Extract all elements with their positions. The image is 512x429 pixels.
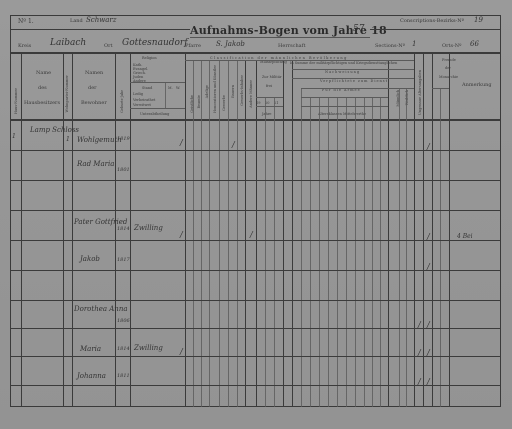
col-name-2: des <box>38 85 47 91</box>
col-divider <box>388 60 389 407</box>
land-label: Land <box>70 18 83 24</box>
tick-mark: / <box>427 232 430 241</box>
col-namen-1: Namen <box>85 70 103 76</box>
stand-row: Verwitwet <box>133 103 151 107</box>
col-thin <box>328 97 329 407</box>
conscription-value: 19 <box>474 16 483 24</box>
sections-label: Sections-Nº <box>375 43 405 49</box>
sub-line <box>301 106 388 107</box>
ort-value: Gottesnaudorf <box>122 38 188 48</box>
row-line <box>10 180 501 181</box>
col-divider <box>185 52 186 407</box>
sub-line <box>130 82 185 83</box>
table-top-line <box>10 52 501 54</box>
col-thin <box>301 88 302 407</box>
col-thin <box>337 97 338 407</box>
col-thin <box>237 60 238 407</box>
land-value: Schwarz <box>86 16 116 24</box>
bewohner-entry: Jakob <box>80 255 100 263</box>
tick-mark: / <box>418 348 421 357</box>
col-divider <box>414 52 415 407</box>
col-thin <box>355 97 356 407</box>
remark-entry: Zwilling <box>134 224 163 232</box>
tick-mark: / <box>418 320 421 329</box>
col-divider <box>72 52 73 407</box>
title-underline <box>190 37 370 38</box>
col-name-3: Hausbesitzers <box>24 100 60 106</box>
sub-line <box>130 108 185 109</box>
stand-row: Ledig <box>133 92 143 96</box>
in-summe-label: In Summe der militärpflichtigen und Krie… <box>290 61 397 65</box>
jahre-label: Jahre <box>262 112 272 116</box>
tick-mark: / <box>427 377 430 386</box>
col-divider <box>63 52 64 407</box>
col-divider <box>283 60 284 407</box>
hausbesitzer-entry: Lamp Schloss <box>30 126 79 134</box>
col-thin <box>201 60 202 407</box>
tick-mark: / <box>427 320 430 329</box>
year-value: 57 <box>353 24 364 34</box>
col-thin <box>372 97 373 407</box>
haus-nr-entry: 1 <box>12 133 16 140</box>
col-thin <box>346 97 347 407</box>
class-col: Gewerbe <box>222 95 226 111</box>
row-line <box>10 300 501 301</box>
row-line <box>10 210 501 211</box>
jahr-entry: 1814 <box>117 346 130 352</box>
sub-line <box>292 69 414 70</box>
unterabtheilung-label: Unterabtheilung <box>140 112 169 116</box>
sub-line <box>432 88 449 89</box>
jahr-entry: 1817 <box>117 257 130 263</box>
tick-mark: / <box>232 140 235 149</box>
sex-female-label: W. <box>176 86 180 90</box>
bewohner-entry: Johanna <box>77 372 106 380</box>
col-geburtsjahr: Geburts-Jahr <box>120 90 124 113</box>
remark-entry: Zwilling <box>134 344 163 352</box>
col-namen-3: Bewohner <box>81 100 107 106</box>
header-line-top-right <box>370 29 501 30</box>
altersklassen-label: Altersklassen Mittelwerthe <box>318 112 366 116</box>
jahr-entry: 1814 <box>117 226 130 232</box>
jahr-entry: 1801 <box>117 167 130 173</box>
bewohner-entry: Dorothea Anna <box>74 305 128 313</box>
col-thin <box>209 60 210 407</box>
anmerkung-header: Anmerkung <box>462 82 492 88</box>
col-divider <box>256 60 257 407</box>
nachweisung-label: Nachweisung <box>325 70 360 74</box>
census-form-sheet: Nº 1. Land Schwarz Aufnahms-Bogen vom Ja… <box>0 0 512 429</box>
ungenaue-col: Ungenaue Altersangaben <box>418 70 422 115</box>
tick-mark: / <box>418 377 421 386</box>
frei-label: frei <box>266 84 272 88</box>
col-divider <box>449 52 450 407</box>
bewohner-entry: Maria <box>80 345 101 353</box>
class-col: Honoratioren und Künstler <box>213 65 217 113</box>
class-col: Andere Männer <box>249 80 253 108</box>
jahr-entry: 1819 <box>117 136 130 142</box>
bewohner-entry: Wohlgemuth <box>77 136 122 144</box>
tick-mark: / <box>250 230 253 239</box>
col-divider <box>21 52 22 407</box>
col-divider <box>292 60 293 407</box>
bewohner-entry: Rad Maria <box>77 160 114 168</box>
herrschaft-label: Herrschaft <box>278 43 306 49</box>
sub-line <box>185 60 414 61</box>
kreis-value: Laibach <box>50 38 86 48</box>
sub-line <box>256 106 283 107</box>
religion-block-label: Religion <box>142 56 157 60</box>
sections-value: 1 <box>412 40 416 48</box>
tick-mark: / <box>180 138 183 147</box>
col-thin <box>219 60 220 407</box>
form-number: Nº 1. <box>18 18 34 25</box>
fremde-der-label: der <box>445 66 451 70</box>
tick-mark: / <box>427 348 430 357</box>
col-thin <box>228 60 229 407</box>
col-divider <box>245 60 246 407</box>
tick-mark: / <box>427 262 430 271</box>
kreis-label: Kreis <box>18 43 31 49</box>
jahr-entry: 1806 <box>117 318 130 324</box>
col-namen-2: der <box>88 85 97 91</box>
sub-line <box>301 88 414 89</box>
col-divider <box>432 52 433 407</box>
col-name-1: Name <box>36 70 51 76</box>
class-col: Gewerbs-Inhaber <box>240 75 244 106</box>
col-divider <box>130 52 131 407</box>
header-line-top <box>10 29 190 30</box>
pfarre-label: Pfarre <box>185 43 201 49</box>
sex-male-label: M. <box>168 86 173 90</box>
orts-value: 66 <box>470 40 479 48</box>
tick-mark: / <box>180 347 183 356</box>
stand-row: Verheirathet <box>133 98 155 102</box>
col-wohnpartei: Wohnpartei-Nummer <box>65 75 69 112</box>
col-thin <box>406 88 407 407</box>
jahr-entry: 1811 <box>117 373 130 379</box>
class-col: Bauern <box>231 85 235 98</box>
tick-mark: / <box>427 142 430 151</box>
bewohner-entry: Pater Gottfried <box>74 218 127 226</box>
col-thin <box>310 97 311 407</box>
col-thin <box>274 97 275 407</box>
col-thin <box>165 82 166 108</box>
partei-entry: 1 <box>66 136 70 143</box>
verpflichtete-label: Verpflichtete zum Dienst <box>320 79 388 83</box>
col-haus-nummer: Haus-Nummer <box>14 88 18 114</box>
col-thin <box>440 88 441 407</box>
col-thin <box>399 88 400 407</box>
sub-line <box>256 97 283 98</box>
col-divider <box>423 52 424 407</box>
stand-block-label: Stand <box>142 86 152 90</box>
col-divider <box>115 52 116 407</box>
orts-label: Orts-Nº <box>442 43 461 49</box>
col-thin <box>364 97 365 407</box>
col-thin <box>380 97 381 407</box>
col-thin <box>265 97 266 407</box>
ort-label: Ort <box>104 43 113 49</box>
sub-line <box>292 78 414 79</box>
col-thin <box>193 60 194 407</box>
anmerkung-entry: 4 Bei <box>457 233 473 240</box>
pfarre-value: S. Jakob <box>216 40 245 48</box>
col-thin <box>319 97 320 407</box>
tick-mark: / <box>180 230 183 239</box>
zur-militaer-label: Zur Militär <box>262 75 282 79</box>
conscription-label: Conscriptions-Bezirks-Nº <box>400 18 464 24</box>
sub-line <box>301 97 388 98</box>
